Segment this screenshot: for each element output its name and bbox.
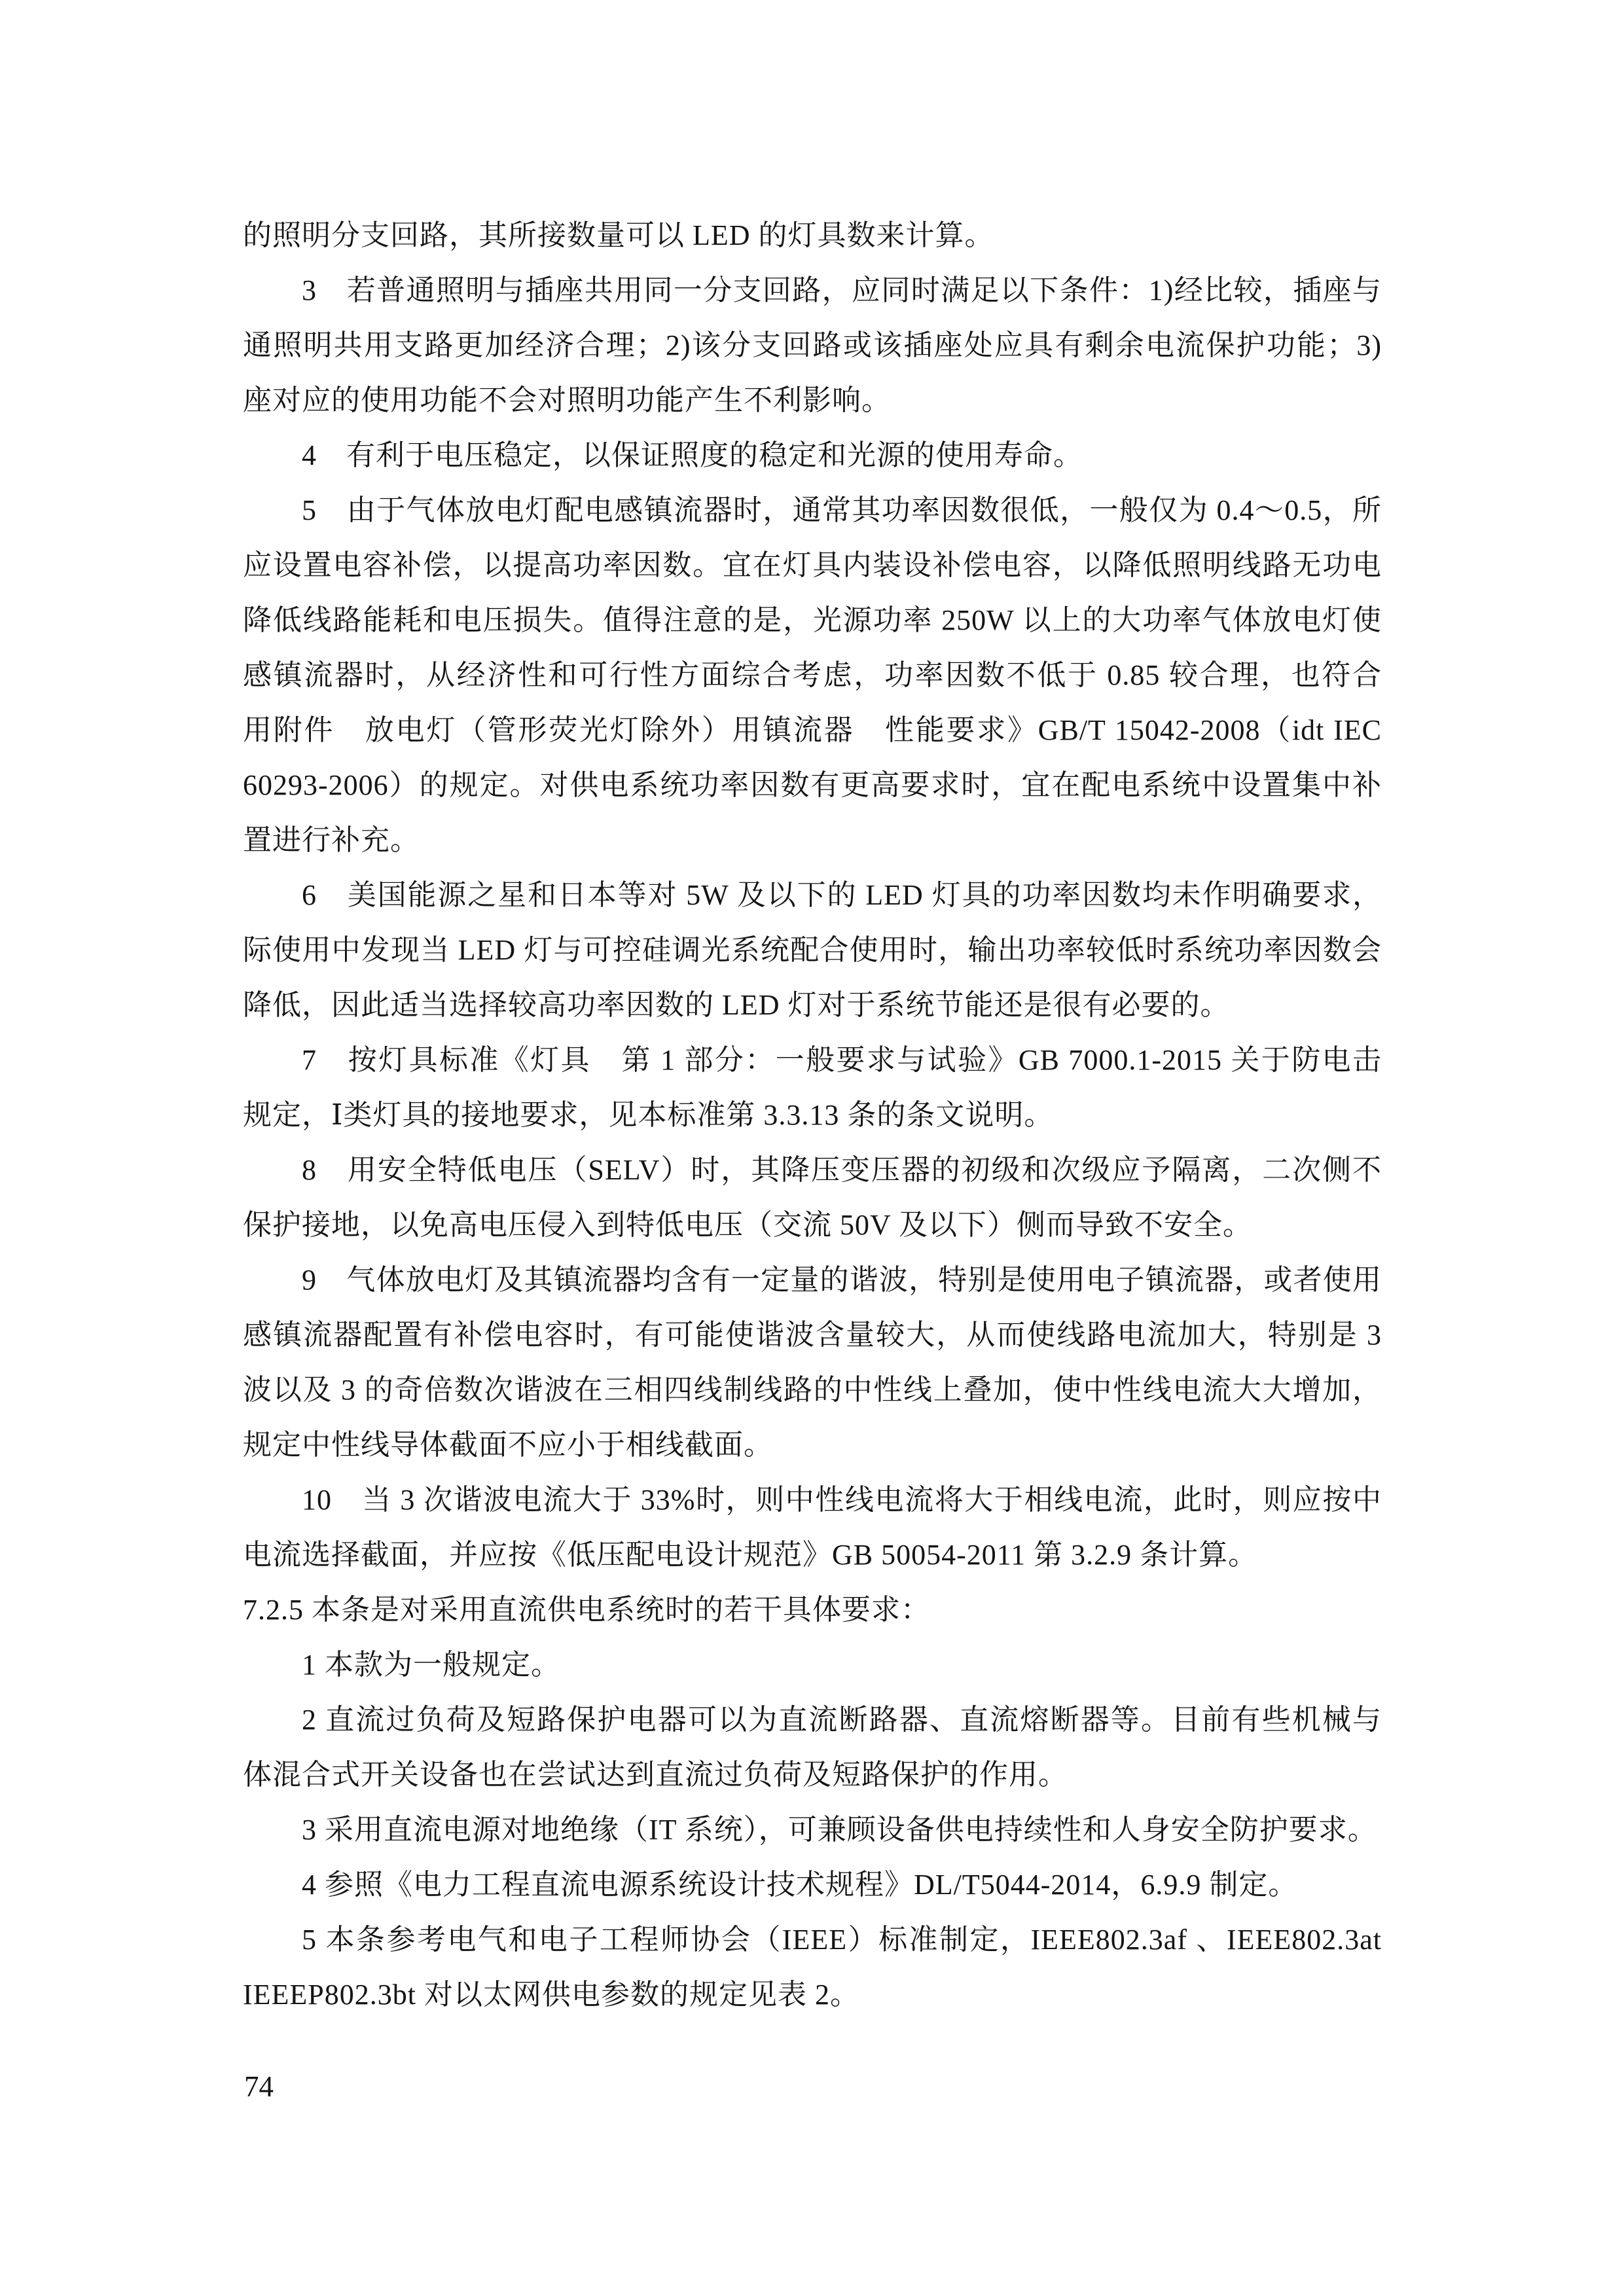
text-line: 波以及 3 的奇倍数次谐波在三相四线制线路的中性线上叠加，使中性线电流大大增加，… <box>243 1363 1382 1418</box>
text-line: 降低，因此适当选择较高功率因数的 LED 灯对于系统节能还是很有必要的。 <box>243 978 1382 1033</box>
text-line: 4 有利于电压稳定，以保证照度的稳定和光源的使用寿命。 <box>243 428 1382 483</box>
text-line: 保护接地，以免高电压侵入到特低电压（交流 50V 及以下）侧而导致不安全。 <box>243 1198 1382 1253</box>
text-line: 5 由于气体放电灯配电感镇流器时，通常其功率因数很低，一般仅为 0.4～0.5，… <box>243 483 1382 538</box>
text-line: 用附件 放电灯（管形荧光灯除外）用镇流器 性能要求》GB/T 15042-200… <box>243 703 1382 758</box>
text-block: 的照明分支回路，其所接数量可以 LED 的灯具数来计算。 3 若普通照明与插座共… <box>243 208 1382 2022</box>
text-line: 3 若普通照明与插座共用同一分支回路，应同时满足以下条件：1)经比较，插座与普 <box>243 263 1382 318</box>
text-line: 60293-2006）的规定。对供电系统功率因数有更高要求时，宜在配电系统中设置… <box>243 758 1382 813</box>
text-line: 4 参照《电力工程直流电源系统设计技术规程》DL/T5044-2014，6.9.… <box>243 1857 1382 1912</box>
text-line: 的照明分支回路，其所接数量可以 LED 的灯具数来计算。 <box>243 208 1382 263</box>
text-line: 感镇流器时，从经济性和可行性方面综合考虑，功率因数不低于 0.85 较合理，也符… <box>243 648 1382 703</box>
document-page: 的照明分支回路，其所接数量可以 LED 的灯具数来计算。 3 若普通照明与插座共… <box>0 0 1624 2296</box>
text-line: 7 按灯具标准《灯具 第 1 部分：一般要求与试验》GB 7000.1-2015… <box>243 1033 1382 1088</box>
text-line: 应设置电容补偿，以提高功率因数。宜在灯具内装设补偿电容，以降低照明线路无功电流值… <box>243 538 1382 593</box>
text-line: 1 本款为一般规定。 <box>243 1638 1382 1693</box>
text-line: 10 当 3 次谐波电流大于 33%时，则中性线电流将大于相线电流，此时，则应按… <box>243 1473 1382 1528</box>
page-number: 74 <box>244 2067 274 2106</box>
text-line: 8 用安全特低电压（SELV）时，其降压变压器的初级和次级应予隔离，二次侧不应作 <box>243 1143 1382 1198</box>
text-line: 2 直流过负荷及短路保护电器可以为直流断路器、直流熔断器等。目前有些机械与半导 <box>243 1693 1382 1748</box>
text-line: 9 气体放电灯及其镇流器均含有一定量的谐波，特别是使用电子镇流器，或者使用电 <box>243 1253 1382 1308</box>
text-line: 降低线路能耗和电压损失。值得注意的是，光源功率 250W 以上的大功率气体放电灯… <box>243 593 1382 648</box>
clause-number-line: 7.2.5 本条是对采用直流供电系统时的若干具体要求： <box>243 1583 1382 1638</box>
text-line: 体混合式开关设备也在尝试达到直流过负荷及短路保护的作用。 <box>243 1748 1382 1803</box>
text-line: 际使用中发现当 LED 灯与可控硅调光系统配合使用时，输出功率较低时系统功率因数… <box>243 923 1382 978</box>
text-line: 座对应的使用功能不会对照明功能产生不利影响。 <box>243 373 1382 428</box>
text-line: 规定中性线导体截面不应小于相线截面。 <box>243 1418 1382 1473</box>
text-line: 通照明共用支路更加经济合理；2)该分支回路或该插座处应具有剩余电流保护功能；3)… <box>243 318 1382 373</box>
text-line: IEEEP802.3bt 对以太网供电参数的规定见表 2。 <box>243 1967 1382 2022</box>
text-line: 感镇流器配置有补偿电容时，有可能使谐波含量较大，从而使线路电流加大，特别是 3 … <box>243 1308 1382 1363</box>
text-line: 6 美国能源之星和日本等对 5W 及以下的 LED 灯具的功率因数均未作明确要求… <box>243 868 1382 923</box>
text-line: 5 本条参考电气和电子工程师协会（IEEE）标准制定，IEEE802.3af 、… <box>243 1912 1382 1967</box>
text-line: 规定，Ⅰ类灯具的接地要求，见本标准第 3.3.13 条的条文说明。 <box>243 1088 1382 1143</box>
text-line: 3 采用直流电源对地绝缘（IT 系统），可兼顾设备供电持续性和人身安全防护要求。 <box>243 1803 1382 1857</box>
text-line: 置进行补充。 <box>243 813 1382 868</box>
text-line: 电流选择截面，并应按《低压配电设计规范》GB 50054-2011 第 3.2.… <box>243 1528 1382 1583</box>
